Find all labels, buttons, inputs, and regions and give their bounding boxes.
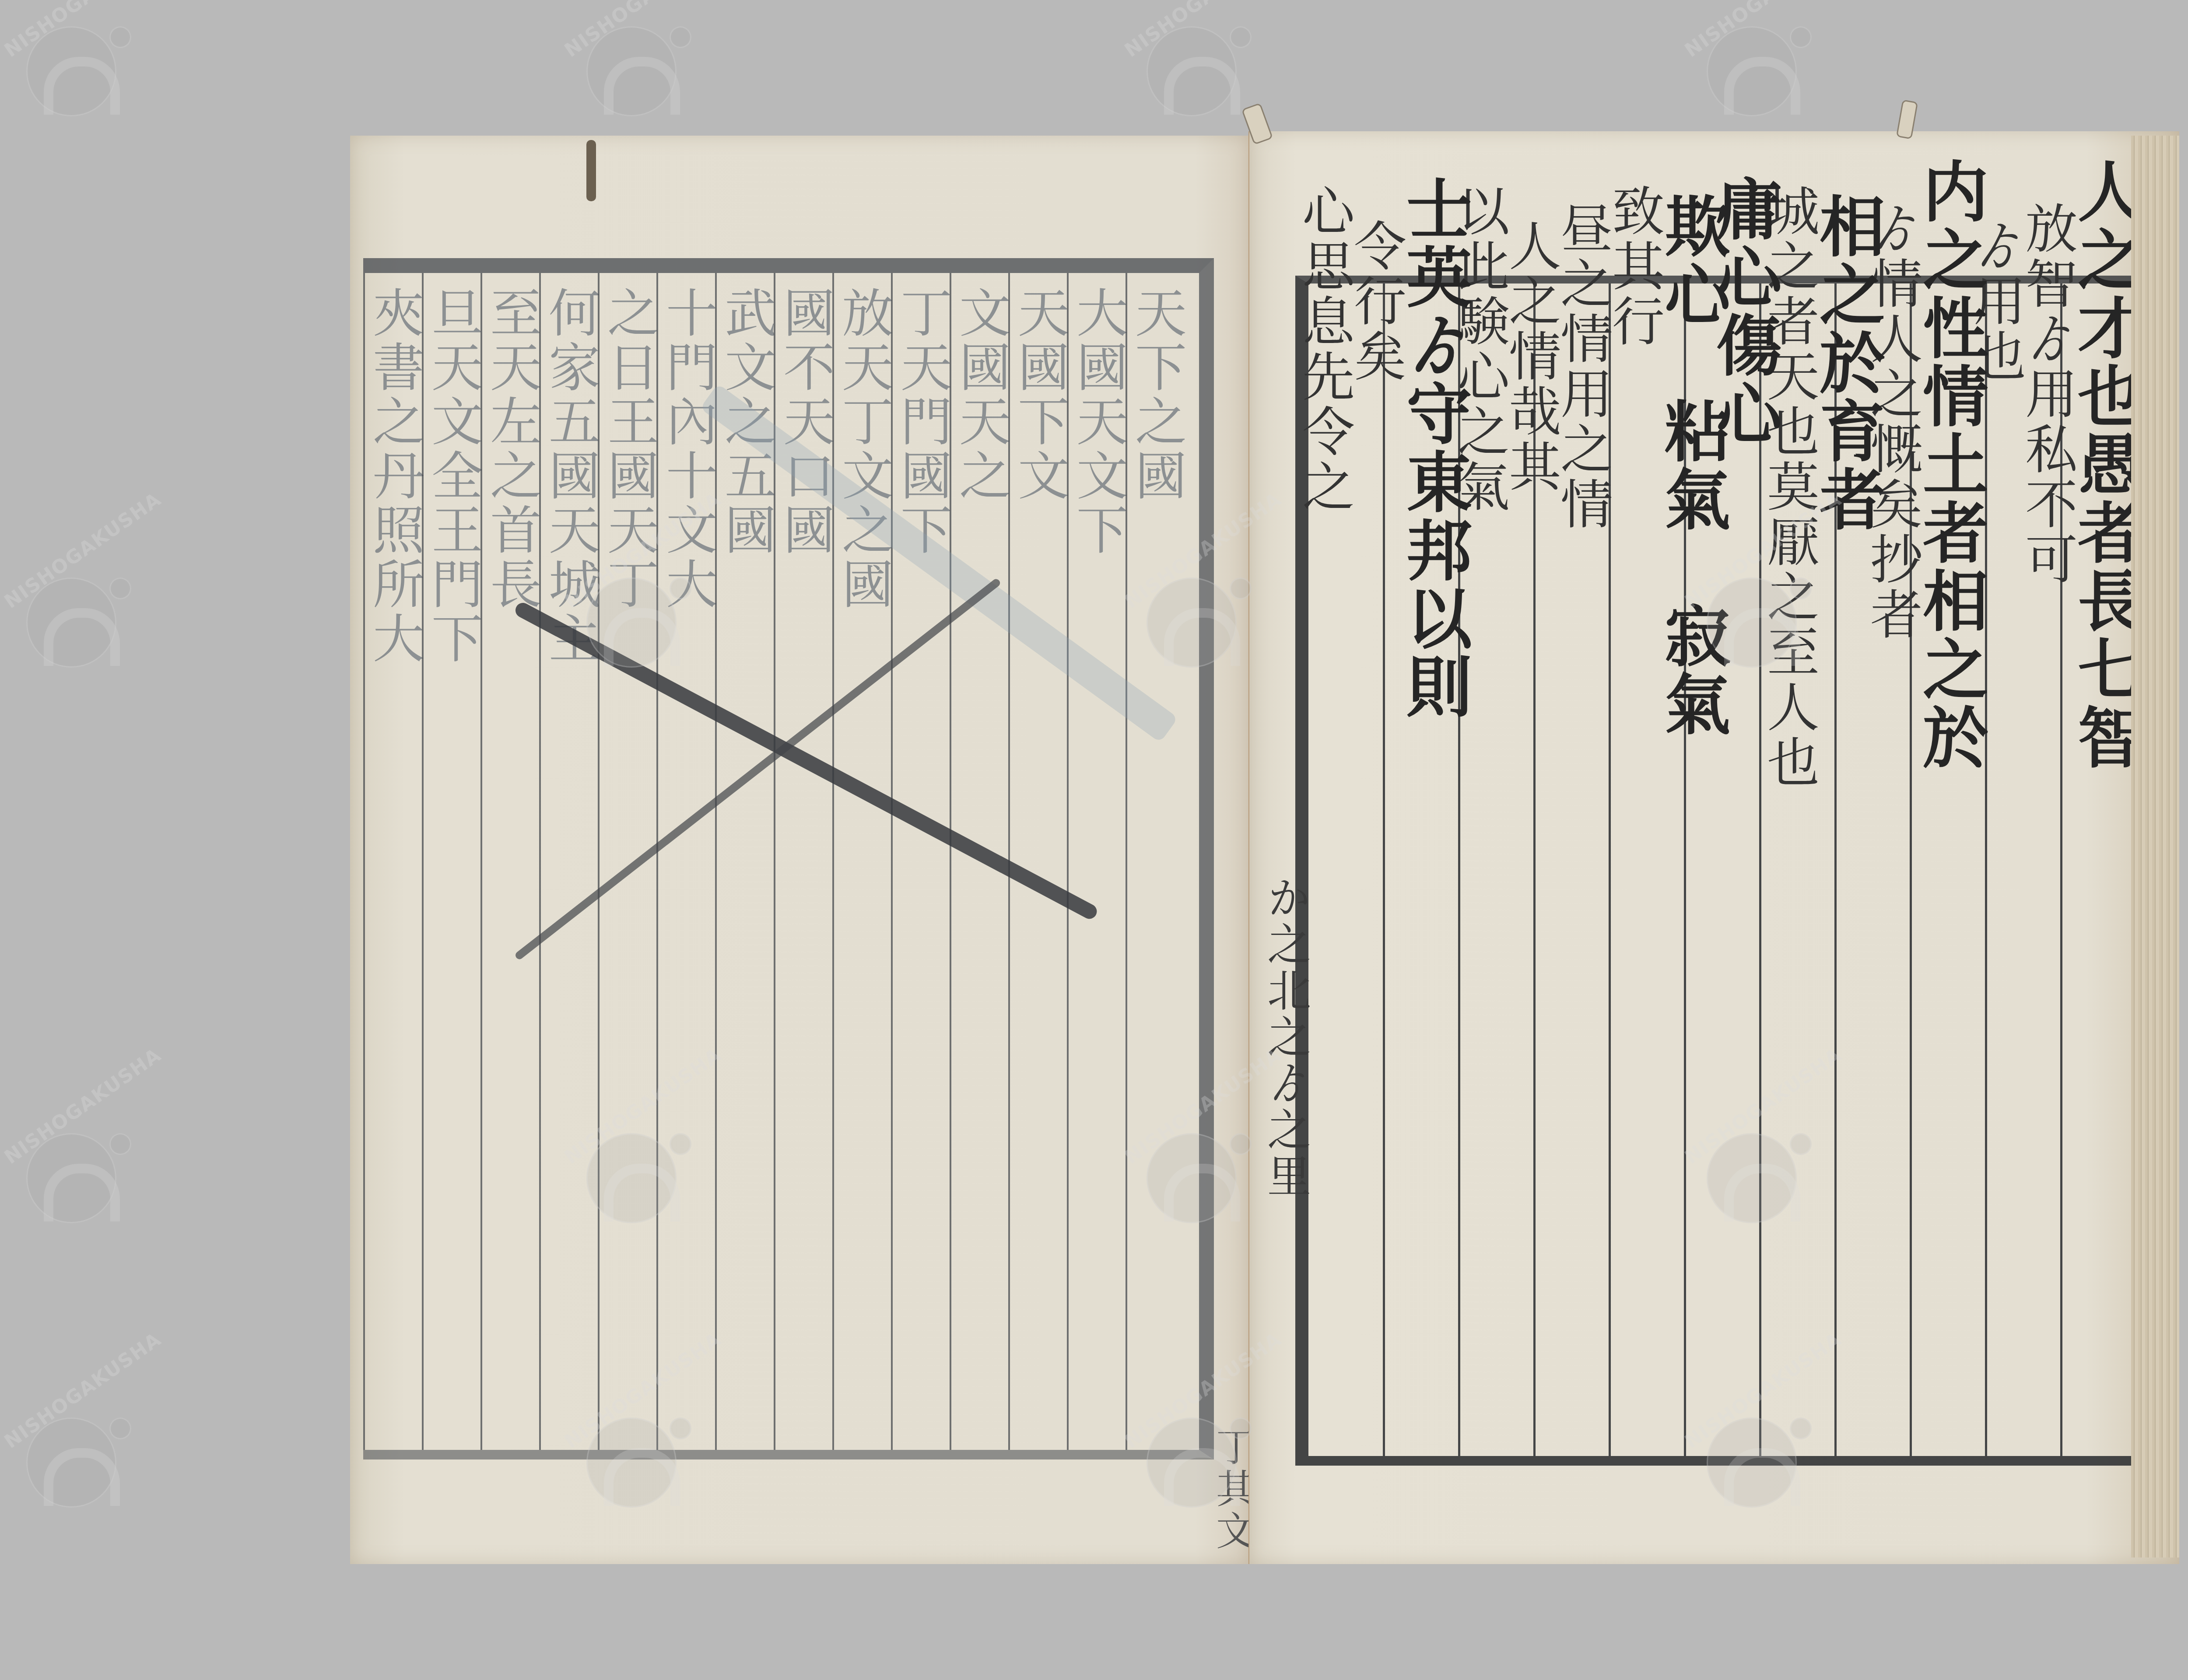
right-page-text-column: 致其行 bbox=[1607, 184, 1660, 349]
nishogakusha-logo-icon: NISHOGAKUSHA bbox=[1680, 551, 1812, 665]
left-page-text-column: 旦天文全王門下 bbox=[427, 286, 479, 666]
nishogakusha-logo-icon: NISHOGAKUSHA bbox=[0, 551, 131, 665]
right-page-text-column: 相之於育者 bbox=[1814, 192, 1879, 534]
left-page-text-column: 放天丁文之國 bbox=[838, 286, 889, 612]
left-page-text-column: 至天左之首長 bbox=[486, 286, 537, 612]
right-page-text-column: 士英ゟ守東邦以則 bbox=[1401, 175, 1466, 721]
nishogakusha-logo-icon: NISHOGAKUSHA bbox=[0, 1391, 131, 1505]
left-page-text-column: 天國下文 bbox=[1013, 286, 1065, 503]
nishogakusha-logo-icon: NISHOGAKUSHA bbox=[560, 1107, 691, 1221]
right-page: 人之才也愚者長七智放智ゟ用私不可ゟ用也内之性情土者相之於ゟ情人之慨矣抄者相之於育… bbox=[1249, 131, 2179, 1564]
nishogakusha-logo-icon: NISHOGAKUSHA bbox=[0, 0, 131, 114]
nishogakusha-logo-icon: NISHOGAKUSHA bbox=[1120, 1391, 1252, 1505]
column-rule bbox=[1383, 283, 1385, 1456]
right-page-text-column: 心思息先令之 bbox=[1297, 184, 1350, 514]
left-page: 夾書之丹照所大旦天文全王門下至天左之首長何家五國天城主之日王國天丁十門內十文大武… bbox=[350, 136, 1249, 1564]
right-page-text-column: 放智ゟ用私不可 bbox=[2020, 201, 2073, 587]
left-page-text-column: 國不天口國 bbox=[779, 286, 831, 557]
right-page-text-column: 人之才也愚者長七智 bbox=[2072, 157, 2138, 772]
right-page-text-column: 内之性情土者相之於 bbox=[1917, 157, 1983, 772]
nishogakusha-logo-icon: NISHOGAKUSHA bbox=[1680, 1107, 1812, 1221]
nishogakusha-logo-icon: NISHOGAKUSHA bbox=[1680, 1391, 1812, 1505]
nishogakusha-logo-icon: NISHOGAKUSHA bbox=[560, 1391, 691, 1505]
left-page-text-column: 大國天文下 bbox=[1072, 286, 1124, 557]
nishogakusha-logo-icon: NISHOGAKUSHA bbox=[0, 1107, 131, 1221]
left-page-text-column: 丁天門國下 bbox=[896, 286, 948, 557]
left-page-text-column: 夾書之丹照所大 bbox=[368, 286, 420, 666]
nishogakusha-logo-icon: NISHOGAKUSHA bbox=[560, 0, 691, 114]
right-page-text-column: 令行矣 bbox=[1349, 219, 1402, 384]
left-page-text-column: 天下之國 bbox=[1131, 286, 1182, 503]
page-edges-stack bbox=[2131, 136, 2179, 1557]
nishogakusha-logo-icon: NISHOGAKUSHA bbox=[1120, 1107, 1252, 1221]
binding-thread bbox=[586, 140, 596, 201]
right-page-text-column: 昼之情用之情 bbox=[1556, 201, 1608, 532]
right-page-text-column: 人之情哉其 bbox=[1504, 219, 1557, 494]
nishogakusha-logo-icon: NISHOGAKUSHA bbox=[560, 551, 691, 665]
gutter-note: か之北之ゟ之里 bbox=[1254, 875, 1317, 1200]
nishogakusha-logo-icon: NISHOGAKUSHA bbox=[1680, 0, 1812, 114]
nishogakusha-logo-icon: NISHOGAKUSHA bbox=[1120, 0, 1252, 114]
nishogakusha-logo-icon: NISHOGAKUSHA bbox=[1120, 551, 1252, 665]
left-page-text-column: 文國天之 bbox=[955, 286, 1006, 503]
